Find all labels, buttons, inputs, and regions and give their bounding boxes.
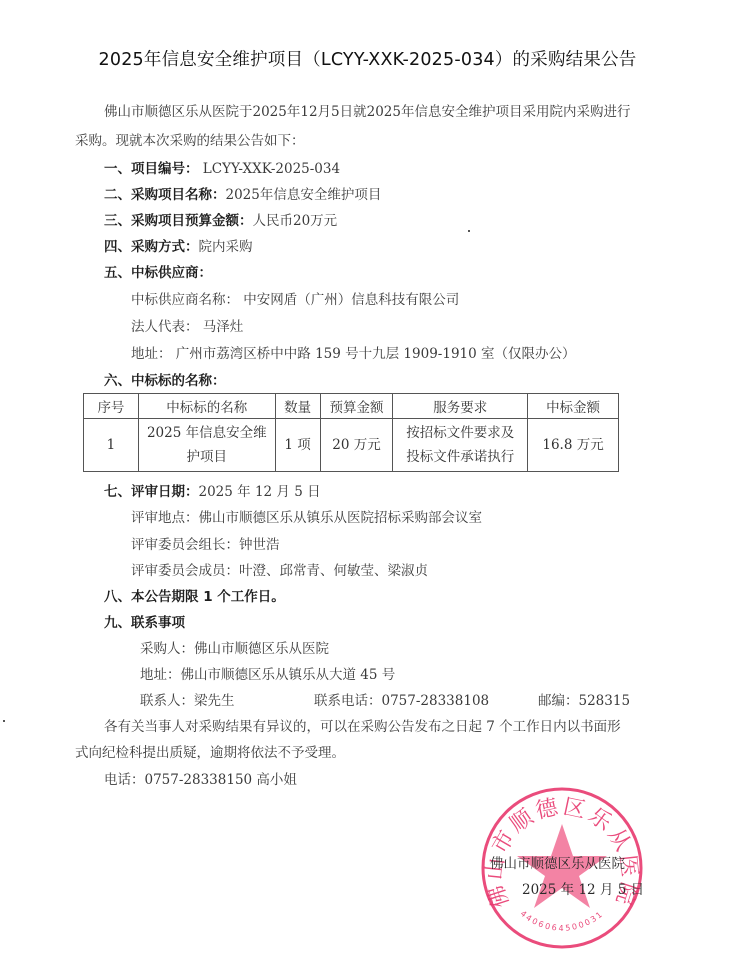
cell-requirement-line2: 投标文件承诺执行 — [393, 445, 527, 469]
bid-items-table: 序号 中标标的名称 数量 预算金额 服务要求 中标金额 1 2025 年信息安全… — [83, 393, 619, 472]
section-winning-supplier: 五、中标供应商： — [104, 264, 212, 282]
objection-line-2: 式向纪检科提出质疑，逾期将依法不予受理。 — [75, 744, 345, 762]
telephone-line: 电话：0757-28338150 高小姐 — [104, 771, 297, 789]
intro-line-1: 佛山市顺德区乐从医院于2025年12月5日就2025年信息安全维护项目采用院内采… — [104, 103, 630, 121]
document-title: 2025年信息安全维护项目（LCYY-XXK-2025-034）的采购结果公告 — [0, 46, 735, 71]
signature-date: 2025 年 12 月 5 日 — [522, 878, 644, 898]
section-bid-items: 六、中标标的名称： — [104, 372, 226, 390]
signature-organization: 佛山市顺德区乐从医院 — [490, 852, 625, 872]
cell-item-name-line2: 护项目 — [139, 445, 275, 469]
project-name: 2025年信息安全维护项目 — [226, 187, 382, 203]
cell-winning-amount: 16.8 万元 — [528, 419, 619, 472]
intro-line-2: 采购。现就本次采购的结果公告如下： — [75, 132, 305, 150]
scan-speck — [468, 230, 470, 232]
postcode: 邮编：528315 — [538, 692, 630, 710]
purchaser-address: 地址：佛山市顺德区乐从镇乐从大道 45 号 — [140, 666, 395, 684]
header-budget: 预算金额 — [320, 394, 393, 419]
section-label: 二、采购项目名称： — [104, 187, 226, 203]
cell-service-requirement: 按招标文件要求及 投标文件承诺执行 — [393, 419, 528, 472]
procurement-method: 院内采购 — [199, 239, 253, 255]
purchaser: 采购人：佛山市顺德区乐从医院 — [140, 640, 329, 658]
header-quantity: 数量 — [275, 394, 320, 419]
section-notice-period: 八、本公告期限 1 个工作日。 — [104, 588, 285, 606]
section-procurement-method: 四、采购方式：院内采购 — [104, 238, 253, 256]
cell-item-name: 2025 年信息安全维 护项目 — [138, 419, 275, 472]
cell-budget: 20 万元 — [320, 419, 393, 472]
cell-item-name-line1: 2025 年信息安全维 — [139, 421, 275, 445]
header-index: 序号 — [84, 394, 139, 419]
cell-quantity: 1 项 — [275, 419, 320, 472]
header-service-requirement: 服务要求 — [393, 394, 528, 419]
review-committee-members: 评审委员会成员：叶澄、邱常青、何敏莹、梁淑贞 — [131, 562, 428, 580]
section-review-date: 七、评审日期：2025 年 12 月 5 日 — [104, 483, 321, 501]
section-label: 三、采购项目预算金额： — [104, 213, 253, 229]
objection-line-1: 各有关当事人对采购结果有异议的，可以在采购公告发布之日起 7 个工作日内以书面形 — [104, 718, 621, 736]
contact-phone: 联系电话：0757-28338108 — [314, 692, 489, 710]
project-number: LCYY-XXK-2025-034 — [199, 161, 341, 177]
section-label: 一、项目编号： — [104, 161, 199, 177]
table-header-row: 序号 中标标的名称 数量 预算金额 服务要求 中标金额 — [84, 394, 619, 419]
table-row: 1 2025 年信息安全维 护项目 1 项 20 万元 按招标文件要求及 投标文… — [84, 419, 619, 472]
section-label: 四、采购方式： — [104, 239, 199, 255]
section-project-name: 二、采购项目名称：2025年信息安全维护项目 — [104, 186, 381, 204]
scan-speck — [3, 720, 5, 722]
legal-representative: 法人代表： 马泽灶 — [131, 318, 243, 336]
supplier-name: 中标供应商名称： 中安网盾（广州）信息科技有限公司 — [131, 291, 459, 309]
section-contact: 九、联系事项 — [104, 614, 185, 632]
section-budget: 三、采购项目预算金额：人民币20万元 — [104, 212, 337, 230]
review-location: 评审地点：佛山市顺德区乐从镇乐从医院招标采购部会议室 — [131, 509, 482, 527]
budget-amount: 人民币20万元 — [253, 213, 338, 229]
cell-index: 1 — [84, 419, 139, 472]
section-project-number: 一、项目编号： LCYY-XXK-2025-034 — [104, 160, 340, 178]
review-committee-leader: 评审委员会组长：钟世浩 — [131, 536, 280, 554]
section-label: 七、评审日期： — [104, 484, 199, 500]
review-date: 2025 年 12 月 5 日 — [199, 484, 321, 500]
cell-requirement-line1: 按招标文件要求及 — [393, 421, 527, 445]
header-item-name: 中标标的名称 — [138, 394, 275, 419]
supplier-address: 地址： 广州市荔湾区桥中中路 159 号十九层 1909-1910 室（仅限办公… — [131, 345, 576, 363]
header-winning-amount: 中标金额 — [528, 394, 619, 419]
svg-text:4406064500031: 4406064500031 — [519, 909, 606, 933]
contact-person: 联系人：梁先生 — [140, 692, 235, 710]
